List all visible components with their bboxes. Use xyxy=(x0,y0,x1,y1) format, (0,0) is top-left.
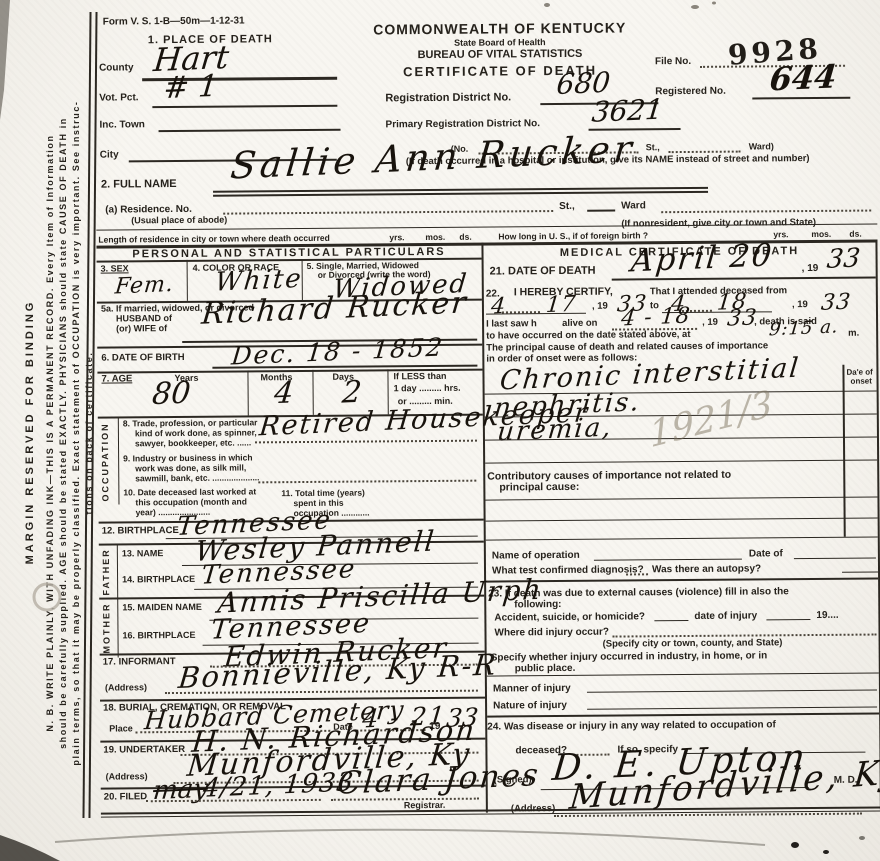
scan-speck-1 xyxy=(544,3,550,7)
scan-artifacts xyxy=(0,0,880,861)
ink-speck-2 xyxy=(823,850,829,854)
scan-speck-2 xyxy=(691,5,699,9)
ink-speck-1 xyxy=(791,842,799,848)
scan-edge-curve xyxy=(55,830,765,845)
corner-shadow-bottom-left xyxy=(0,835,60,861)
edge-shadow-top-left xyxy=(0,0,10,120)
scan-speck-4 xyxy=(859,836,865,840)
paper-hole-artifact xyxy=(34,584,60,610)
death-certificate-scan: MARGIN RESERVED FOR BINDING N. B. WRITE … xyxy=(0,0,880,861)
scan-speck-3 xyxy=(712,2,716,5)
